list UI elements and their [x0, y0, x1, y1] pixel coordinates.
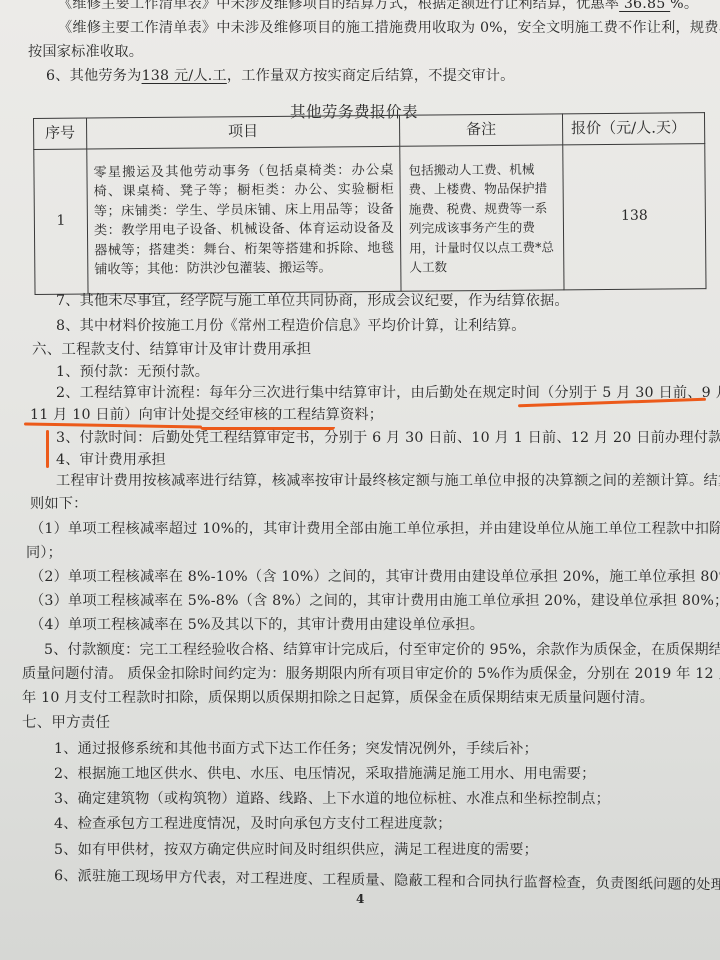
cell-remark: 包括搬动人工费、机械费、上楼费、物品保护措施费、税费、规费等一系列完成该事务产生… [400, 145, 564, 291]
cell-no: 1 [34, 149, 88, 294]
discount-rate-value: 36.85 [619, 0, 670, 12]
item-8: 8、其中材料价按施工月份《常州工程造价信息》平均价计算，让利结算。 [56, 316, 526, 336]
text: %。 [670, 0, 698, 12]
section7-item-5: 5、如有甲供材，按双方确定供应时间及时组织供应，满足工程进度的需要； [54, 840, 538, 860]
rule-3: （3）单项工程核减率在 5%-8%（含 8%）之间的，其审计费用由施工单位承担 … [30, 591, 720, 611]
section7-item-3: 3、确定建筑物（或构筑物）道路、线路、上下水道的地位标桩、水准点和坐标控制点； [54, 789, 610, 809]
fee-table: 序号 项目 备注 报价（元/人.天） 1 零星搬运及其他劳动事务（包括桌椅类：办… [33, 112, 707, 295]
document-page: 《维修主要工作清单表》中未涉及维修项目的结算方式，根据定额进行让利结算，优惠率 … [0, 0, 720, 960]
section6-item-4: 4、审计费用承担 [56, 450, 166, 470]
section6-item-1: 1、预付款：无预付款。 [56, 362, 209, 382]
paragraph-discount-rate: 《维修主要工作清单表》中未涉及维修项目的结算方式，根据定额进行让利结算，优惠率 … [58, 0, 698, 14]
cell-price: 138 [563, 144, 706, 290]
paragraph-other-labor: 6、其他劳务为138 元/人.工，工作量双方按实商定后结算，不提交审计。 [46, 66, 515, 86]
section-6-heading: 六、工程款支付、结算审计及审计费用承担 [32, 340, 311, 360]
audit-fee-paragraph-cont: 则如下： [30, 494, 88, 514]
labor-price: 138 元/人.工 [142, 68, 227, 84]
section7-item-4: 4、检查承包方工程进度情况，及时向承包方支付工程进度款； [54, 814, 452, 834]
section6-item-3: 3、付款时间：后勤处凭工程结算审定书，分别于 6 月 30 日前、10 月 1 … [56, 428, 720, 448]
header-remark: 备注 [399, 114, 562, 146]
section7-item-1: 1、通过报修系统和其他书面方式下达工作任务；突发情况例外，手续后补； [54, 739, 538, 759]
header-price: 报价（元/人.天） [562, 113, 704, 145]
section6-item-5-cont2: 年 10 月支付工程款时扣除，质保期以质保期扣除之日起算，质保金在质保期结束无质… [22, 688, 654, 708]
text: ，工作量双方按实商定后结算，不提交审计。 [227, 68, 515, 84]
text: 《维修主要工作清单表》中未涉及维修项目的结算方式，根据定额进行让利结算，优惠率 [58, 0, 619, 12]
table-row: 1 零星搬运及其他劳动事务（包括桌椅类：办公桌椅、课桌椅、凳子等；橱柜类：办公、… [34, 144, 706, 295]
header-no: 序号 [34, 118, 87, 149]
section-7-heading: 七、甲方责任 [22, 713, 110, 733]
page-number: 4 [356, 892, 364, 906]
vertical-annotation-mark [46, 430, 49, 468]
paragraph-measure-fee-cont: 按国家标准收取。 [28, 42, 143, 62]
item-7: 7、其他未尽事宜，经学院与施工单位共同协商，形成会议纪要，作为结算依据。 [56, 291, 569, 311]
section6-item-5-cont: 质量问题付清。 质保金扣除时间约定为：服务期限内所有项目审定价的 5%作为质保金… [22, 664, 720, 684]
section6-item-5: 5、付款额度：完工工程经验收合格、结算审计完成后，付至审定价的 95%，余款作为… [44, 640, 720, 660]
cell-item: 零星搬运及其他劳动事务（包括桌椅类：办公桌椅、课桌椅、凳子等；橱柜类：办公、实验… [87, 146, 401, 294]
audit-fee-paragraph: 工程审计费用按核减率进行结算，核减率按审计最终核定额与施工单位申报的决算额之间的… [56, 471, 720, 491]
section7-item-6: 6、派驻施工现场甲方代表，对工程进度、工程质量、隐蔽工程和合同执行监督检查，负责… [54, 866, 720, 896]
rule-1-cont: 同）； [26, 543, 62, 563]
section6-item-2-cont: 11 月 10 日前）向审计处提交经审核的工程结算资料； [30, 405, 383, 425]
rule-1: （1）单项工程核减率超过 10%的，其审计费用全部由施工单位承担，并由建设单位从… [30, 519, 720, 539]
header-item: 项目 [87, 115, 400, 149]
rule-2: （2）单项工程核减率在 8%-10%（含 10%）之间的，其审计费用由建设单位承… [30, 567, 720, 587]
paragraph-measure-fee: 《维修主要工作清单表》中未涉及维修项目的施工措施费用收取为 0%，安全文明施工费… [58, 18, 720, 38]
rule-4: （4）单项工程核减率在 5%及其以下的，其审计费用由建设单位承担。 [30, 615, 484, 635]
text: 6、其他劳务为 [46, 68, 142, 84]
section7-item-2: 2、根据施工地区供水、供电、水压、电压情况，采取措施满足施工用水、用电需要； [54, 764, 596, 784]
